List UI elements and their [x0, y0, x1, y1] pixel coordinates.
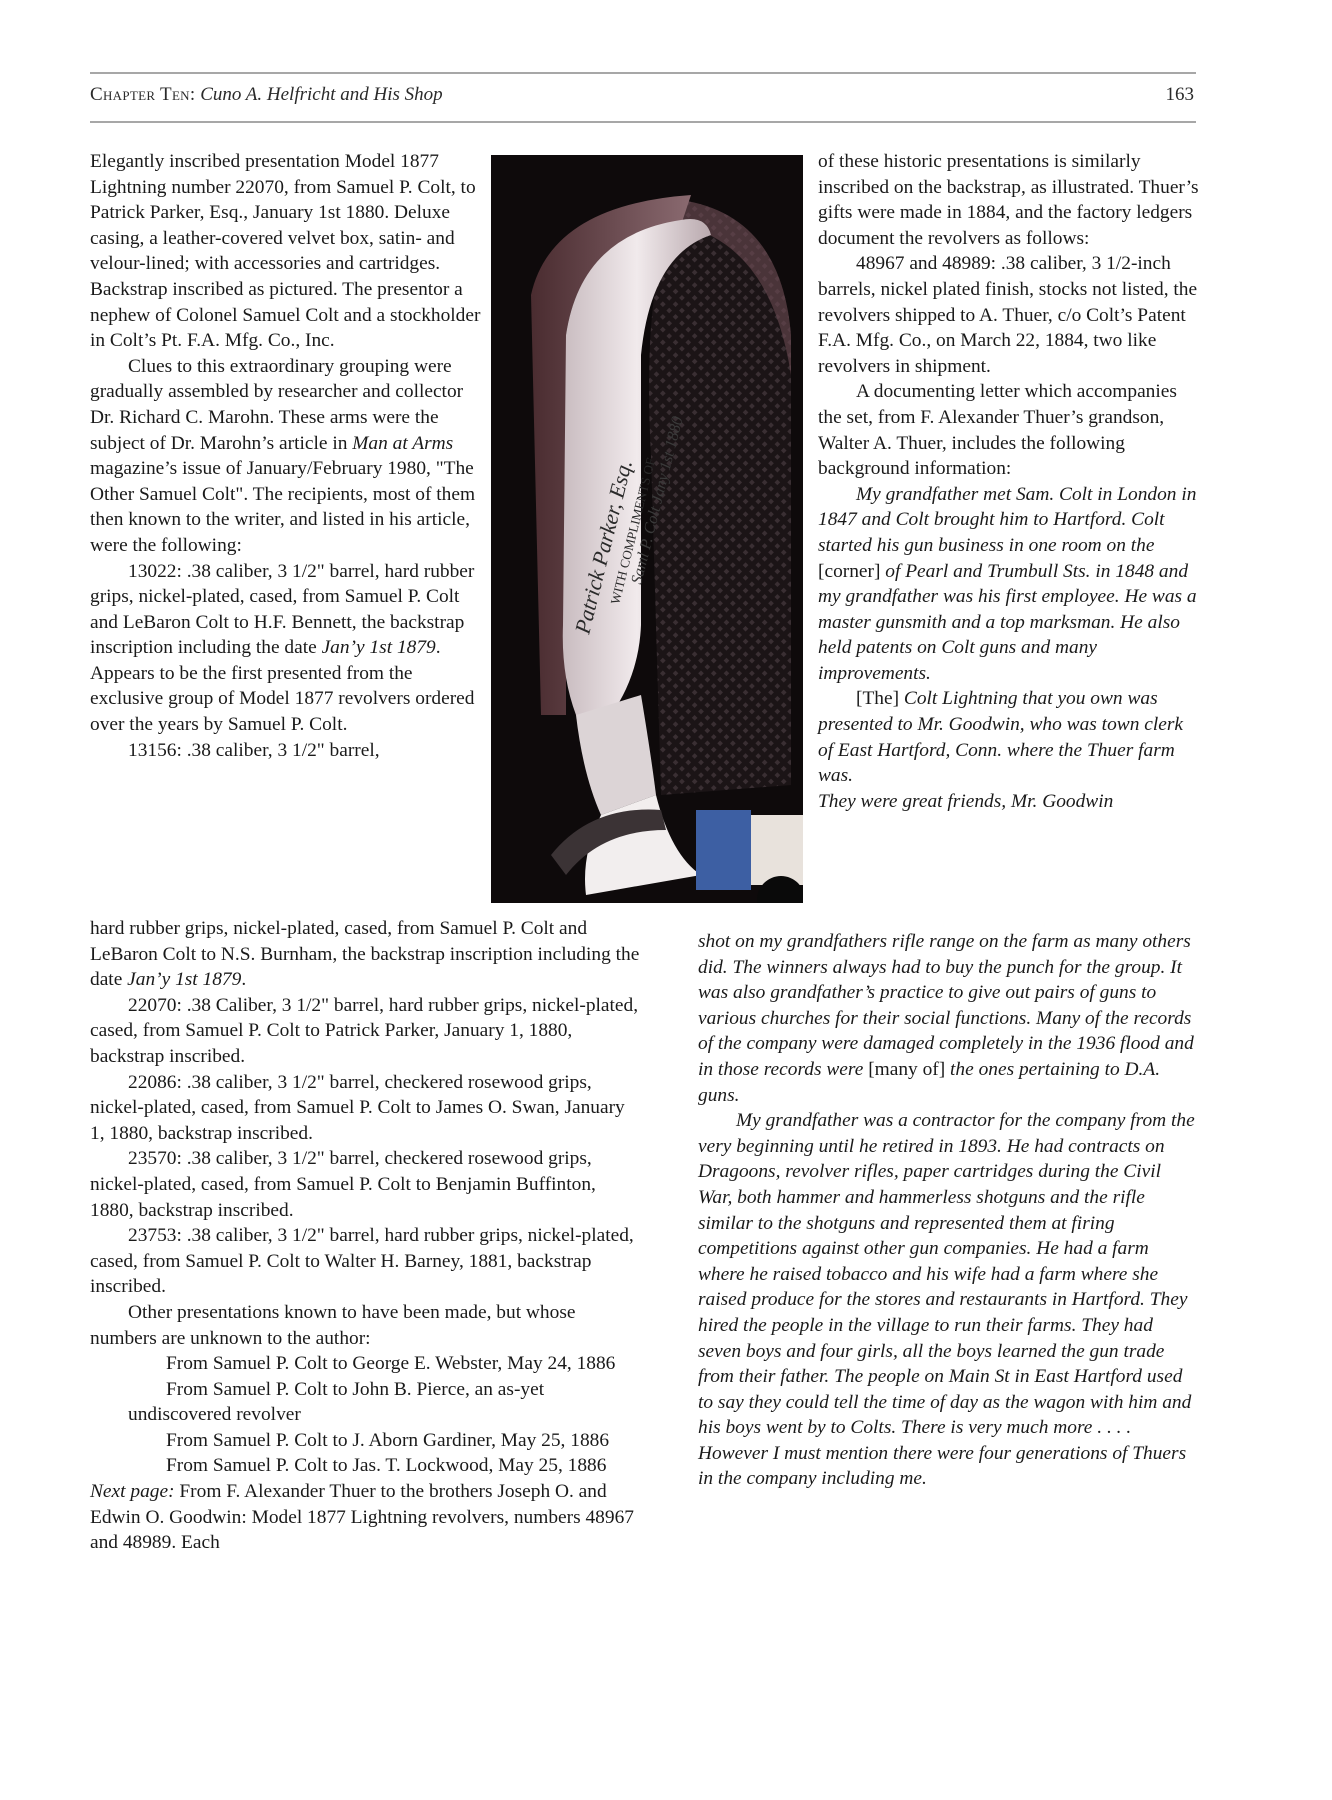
quote-paragraph-1: My grandfather met Sam. Colt in London i… — [818, 482, 1200, 687]
quote-paragraph-2-cont: shot on my grandfathers rifle range on t… — [698, 929, 1200, 1108]
inscription-date: Jan’y 1st 1879 — [127, 969, 241, 990]
chapter-label: Chapter Ten: — [90, 84, 195, 105]
caption-paragraph: Elegantly inscribed presentation Model 1… — [90, 149, 490, 354]
next-page-label: Next page: — [90, 1481, 175, 1502]
left-column-upper: Elegantly inscribed presentation Model 1… — [90, 149, 490, 763]
chapter-heading: Chapter Ten: Cuno A. Helfricht and His S… — [90, 84, 443, 106]
quote-paragraph-2: [The] Colt Lightning that you own was pr… — [818, 686, 1200, 788]
other-presentation-item: From Samuel P. Colt to Jas. T. Lockwood,… — [90, 1453, 642, 1479]
other-presentation-item: From Samuel P. Colt to J. Aborn Gardiner… — [90, 1428, 642, 1454]
paragraph-clues: Clues to this extraordinary grouping wer… — [90, 354, 490, 559]
text-run: My grandfather met Sam. Colt in London i… — [818, 484, 1196, 556]
editorial-bracket: [many of] — [868, 1059, 945, 1080]
editorial-bracket: [corner] — [818, 561, 880, 582]
other-presentation-item: From Samuel P. Colt to John B. Pierce, a… — [90, 1377, 642, 1428]
other-presentation-item: From Samuel P. Colt to George E. Webster… — [90, 1351, 642, 1377]
text-run: . — [241, 969, 246, 990]
text-run: magazine’s issue of January/February 198… — [90, 458, 475, 556]
other-presentations-intro: Other presentations known to have been m… — [90, 1300, 642, 1351]
next-page-note: Next page: From F. Alexander Thuer to th… — [90, 1479, 642, 1556]
backstrap-photo: Patrick Parker, Esq. WITH COMPLIMENTS OF… — [491, 155, 803, 903]
entry-22070: 22070: .38 Caliber, 3 1/2" barrel, hard … — [90, 993, 642, 1070]
quote-paragraph-3: My grandfather was a contractor for the … — [698, 1108, 1200, 1492]
entry-23570: 23570: .38 caliber, 3 1/2" barrel, check… — [90, 1146, 642, 1223]
right-column-lower: shot on my grandfathers rifle range on t… — [698, 929, 1200, 1492]
text-run: shot on my grandfathers rifle range on t… — [698, 931, 1194, 1080]
entry-23753: 23753: .38 caliber, 3 1/2" barrel, hard … — [90, 1223, 642, 1300]
revolver-backstrap-image: Patrick Parker, Esq. WITH COMPLIMENTS OF… — [491, 155, 803, 903]
paragraph-letter-intro: A documenting letter which accompanies t… — [818, 379, 1200, 481]
running-header: Chapter Ten: Cuno A. Helfricht and His S… — [90, 84, 1196, 110]
chapter-title: Cuno A. Helfricht and His Shop — [200, 84, 442, 105]
left-column-lower: hard rubber grips, nickel-plated, cased,… — [90, 916, 642, 1556]
entry-22086: 22086: .38 caliber, 3 1/2" barrel, check… — [90, 1070, 642, 1147]
page-number: 163 — [1166, 84, 1195, 106]
inscription-date: Jan’y 1st 1879 — [322, 637, 436, 658]
paragraph-continuation: of these historic presentations is simil… — [818, 149, 1200, 251]
entry-13022: 13022: .38 caliber, 3 1/2" barrel, hard … — [90, 559, 490, 738]
right-column-upper: of these historic presentations is simil… — [818, 149, 1200, 814]
quote-line: They were great friends, Mr. Goodwin — [818, 789, 1200, 815]
header-bottom-rule — [90, 121, 1196, 123]
entry-13156: hard rubber grips, nickel-plated, cased,… — [90, 916, 642, 993]
header-top-rule — [90, 72, 1196, 74]
magazine-title: Man at Arms — [352, 433, 453, 454]
editorial-bracket: [The] — [856, 688, 899, 709]
entry-13156-first-line: 13156: .38 caliber, 3 1/2" barrel, — [90, 738, 490, 764]
ledger-entry: 48967 and 48989: .38 caliber, 3 1/2-inch… — [818, 251, 1200, 379]
